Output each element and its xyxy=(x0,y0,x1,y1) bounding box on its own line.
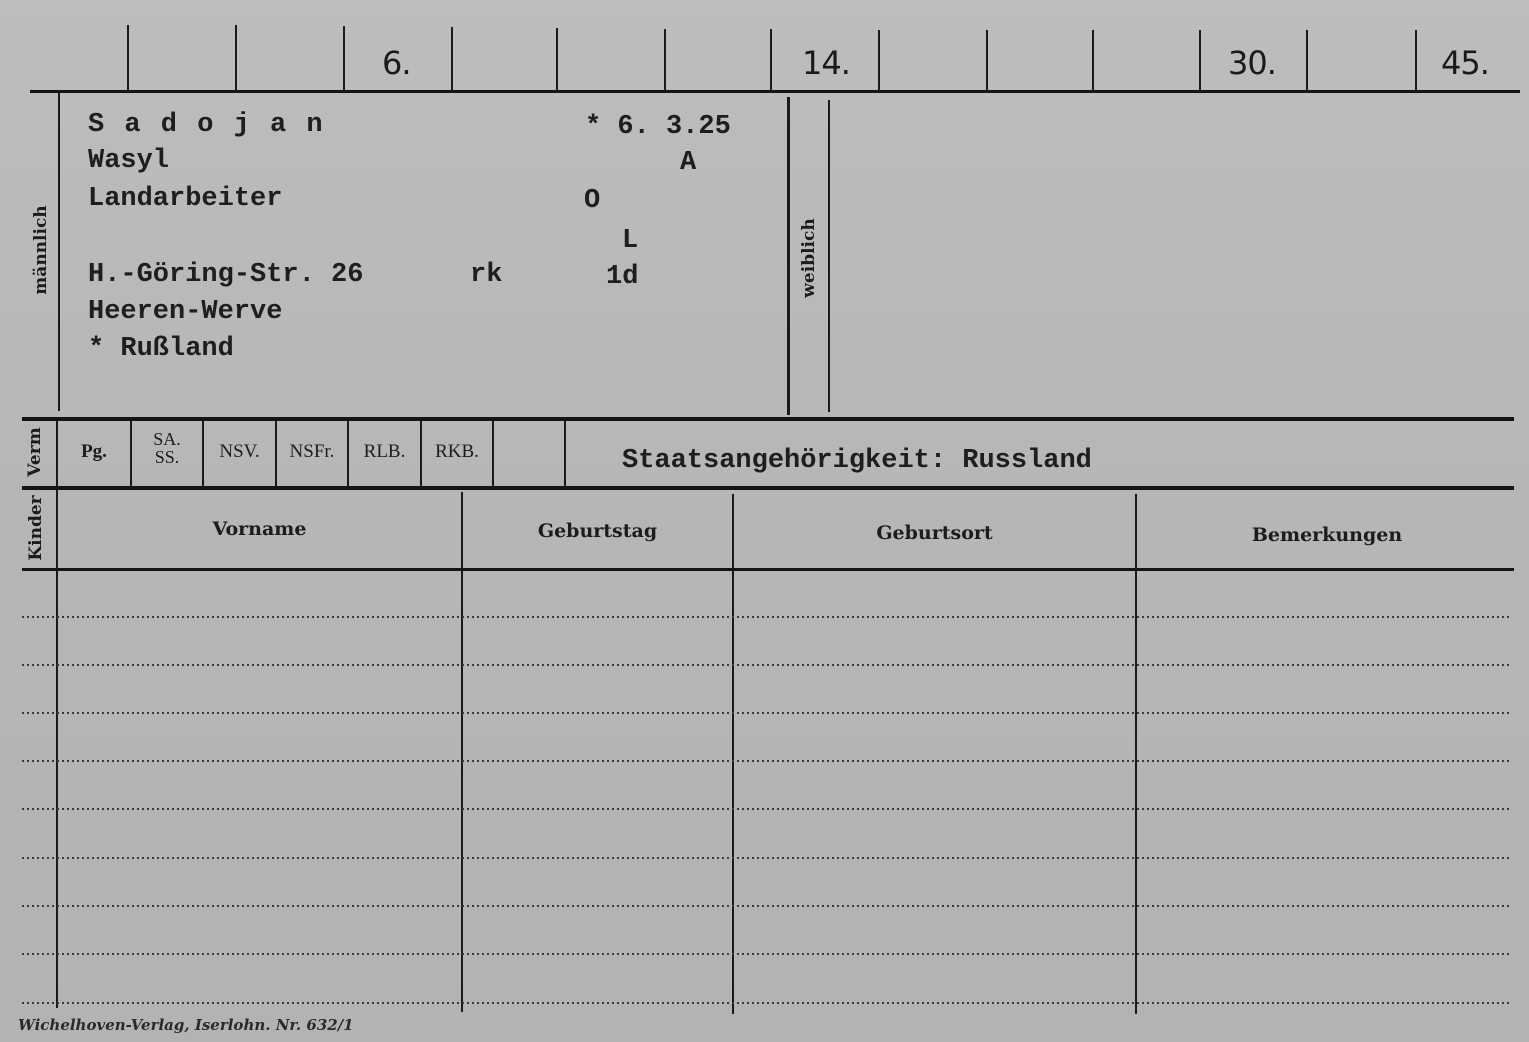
verm-side-label: Verm xyxy=(25,422,45,482)
col-header-geburtstag: Geburtstag xyxy=(463,520,732,542)
box-divider xyxy=(564,420,566,488)
col-divider-2 xyxy=(732,494,734,1014)
religion: rk xyxy=(470,262,502,289)
ruler-tick xyxy=(1415,30,1417,91)
male-side-label: männlich xyxy=(31,205,51,295)
given-name: Wasyl xyxy=(88,148,169,175)
table-row-line xyxy=(22,905,1512,907)
code-l: L xyxy=(622,228,638,255)
ruler-tick xyxy=(1306,30,1308,91)
ruler-tick xyxy=(878,30,880,91)
ruler-label-14: 14. xyxy=(802,44,850,82)
table-row-line xyxy=(22,712,1512,714)
registration-card: 6. 14. 30. 45. männlich S a d o j a n Wa… xyxy=(0,0,1529,1042)
town: Heeren-Werve xyxy=(88,299,282,326)
col-header-vorname: Vorname xyxy=(58,518,461,540)
membership-box-rkb: RKB. xyxy=(422,442,492,461)
box-label-sa: SA. xyxy=(132,430,202,448)
ruler-label-6: 6. xyxy=(382,44,411,82)
ruler-tick xyxy=(664,29,666,91)
birthplace: * Rußland xyxy=(88,336,234,363)
children-table-top xyxy=(22,486,1514,490)
surname: S a d o j a n xyxy=(88,112,325,139)
kinder-side-label: Kinder xyxy=(26,490,46,566)
membership-box-rlb: RLB. xyxy=(349,442,420,461)
box-label-ss: SS. xyxy=(132,448,202,466)
table-row-line xyxy=(22,616,1512,618)
code-o: O xyxy=(584,188,600,215)
ruler-tick xyxy=(1092,30,1094,91)
address-street: H.-Göring-Str. 26 xyxy=(88,262,363,289)
ruler-label-30: 30. xyxy=(1228,44,1276,82)
ruler-baseline xyxy=(30,90,1520,93)
membership-box-sa-ss: SA. SS. xyxy=(132,430,202,466)
membership-row-top xyxy=(22,417,1514,421)
table-row-line xyxy=(22,1002,1512,1004)
publisher-imprint: Wichelhoven-Verlag, Iserlohn. Nr. 632/1 xyxy=(18,1016,354,1034)
col-header-bemerkungen: Bemerkungen xyxy=(1137,524,1517,546)
ruler-tick xyxy=(235,25,237,91)
ruler-tick xyxy=(986,30,988,91)
female-label-divider xyxy=(828,100,830,412)
birth-date: * 6. 3.25 xyxy=(585,114,731,141)
table-row-line xyxy=(22,760,1512,762)
occupation: Landarbeiter xyxy=(88,186,282,213)
male-section-right-border xyxy=(787,97,790,415)
table-row-line xyxy=(22,664,1512,666)
female-side-label: weiblich xyxy=(799,213,819,303)
code-a: A xyxy=(680,150,696,177)
membership-box-nsfr: NSFr. xyxy=(277,442,347,461)
col-divider-3 xyxy=(1135,494,1137,1014)
ruler-tick xyxy=(1199,30,1201,91)
membership-box-pg: Pg. xyxy=(58,442,130,461)
table-row-line xyxy=(22,808,1512,810)
ruler-tick xyxy=(770,29,772,91)
children-header-bottom xyxy=(22,568,1514,571)
left-margin-line xyxy=(58,93,60,411)
code-1d: 1d xyxy=(606,264,638,291)
citizenship: Staatsangehörigkeit: Russland xyxy=(622,448,1092,475)
ruler-tick xyxy=(127,25,129,91)
col-header-geburtsort: Geburtsort xyxy=(734,522,1135,544)
ruler-tick xyxy=(343,26,345,91)
table-row-line xyxy=(22,953,1512,955)
box-divider xyxy=(492,420,494,488)
membership-box-nsv: NSV. xyxy=(204,442,275,461)
table-row-line xyxy=(22,857,1512,859)
ruler-tick xyxy=(556,28,558,91)
ruler-label-45: 45. xyxy=(1441,44,1489,82)
ruler-tick xyxy=(451,27,453,91)
children-left-border xyxy=(56,488,58,1008)
